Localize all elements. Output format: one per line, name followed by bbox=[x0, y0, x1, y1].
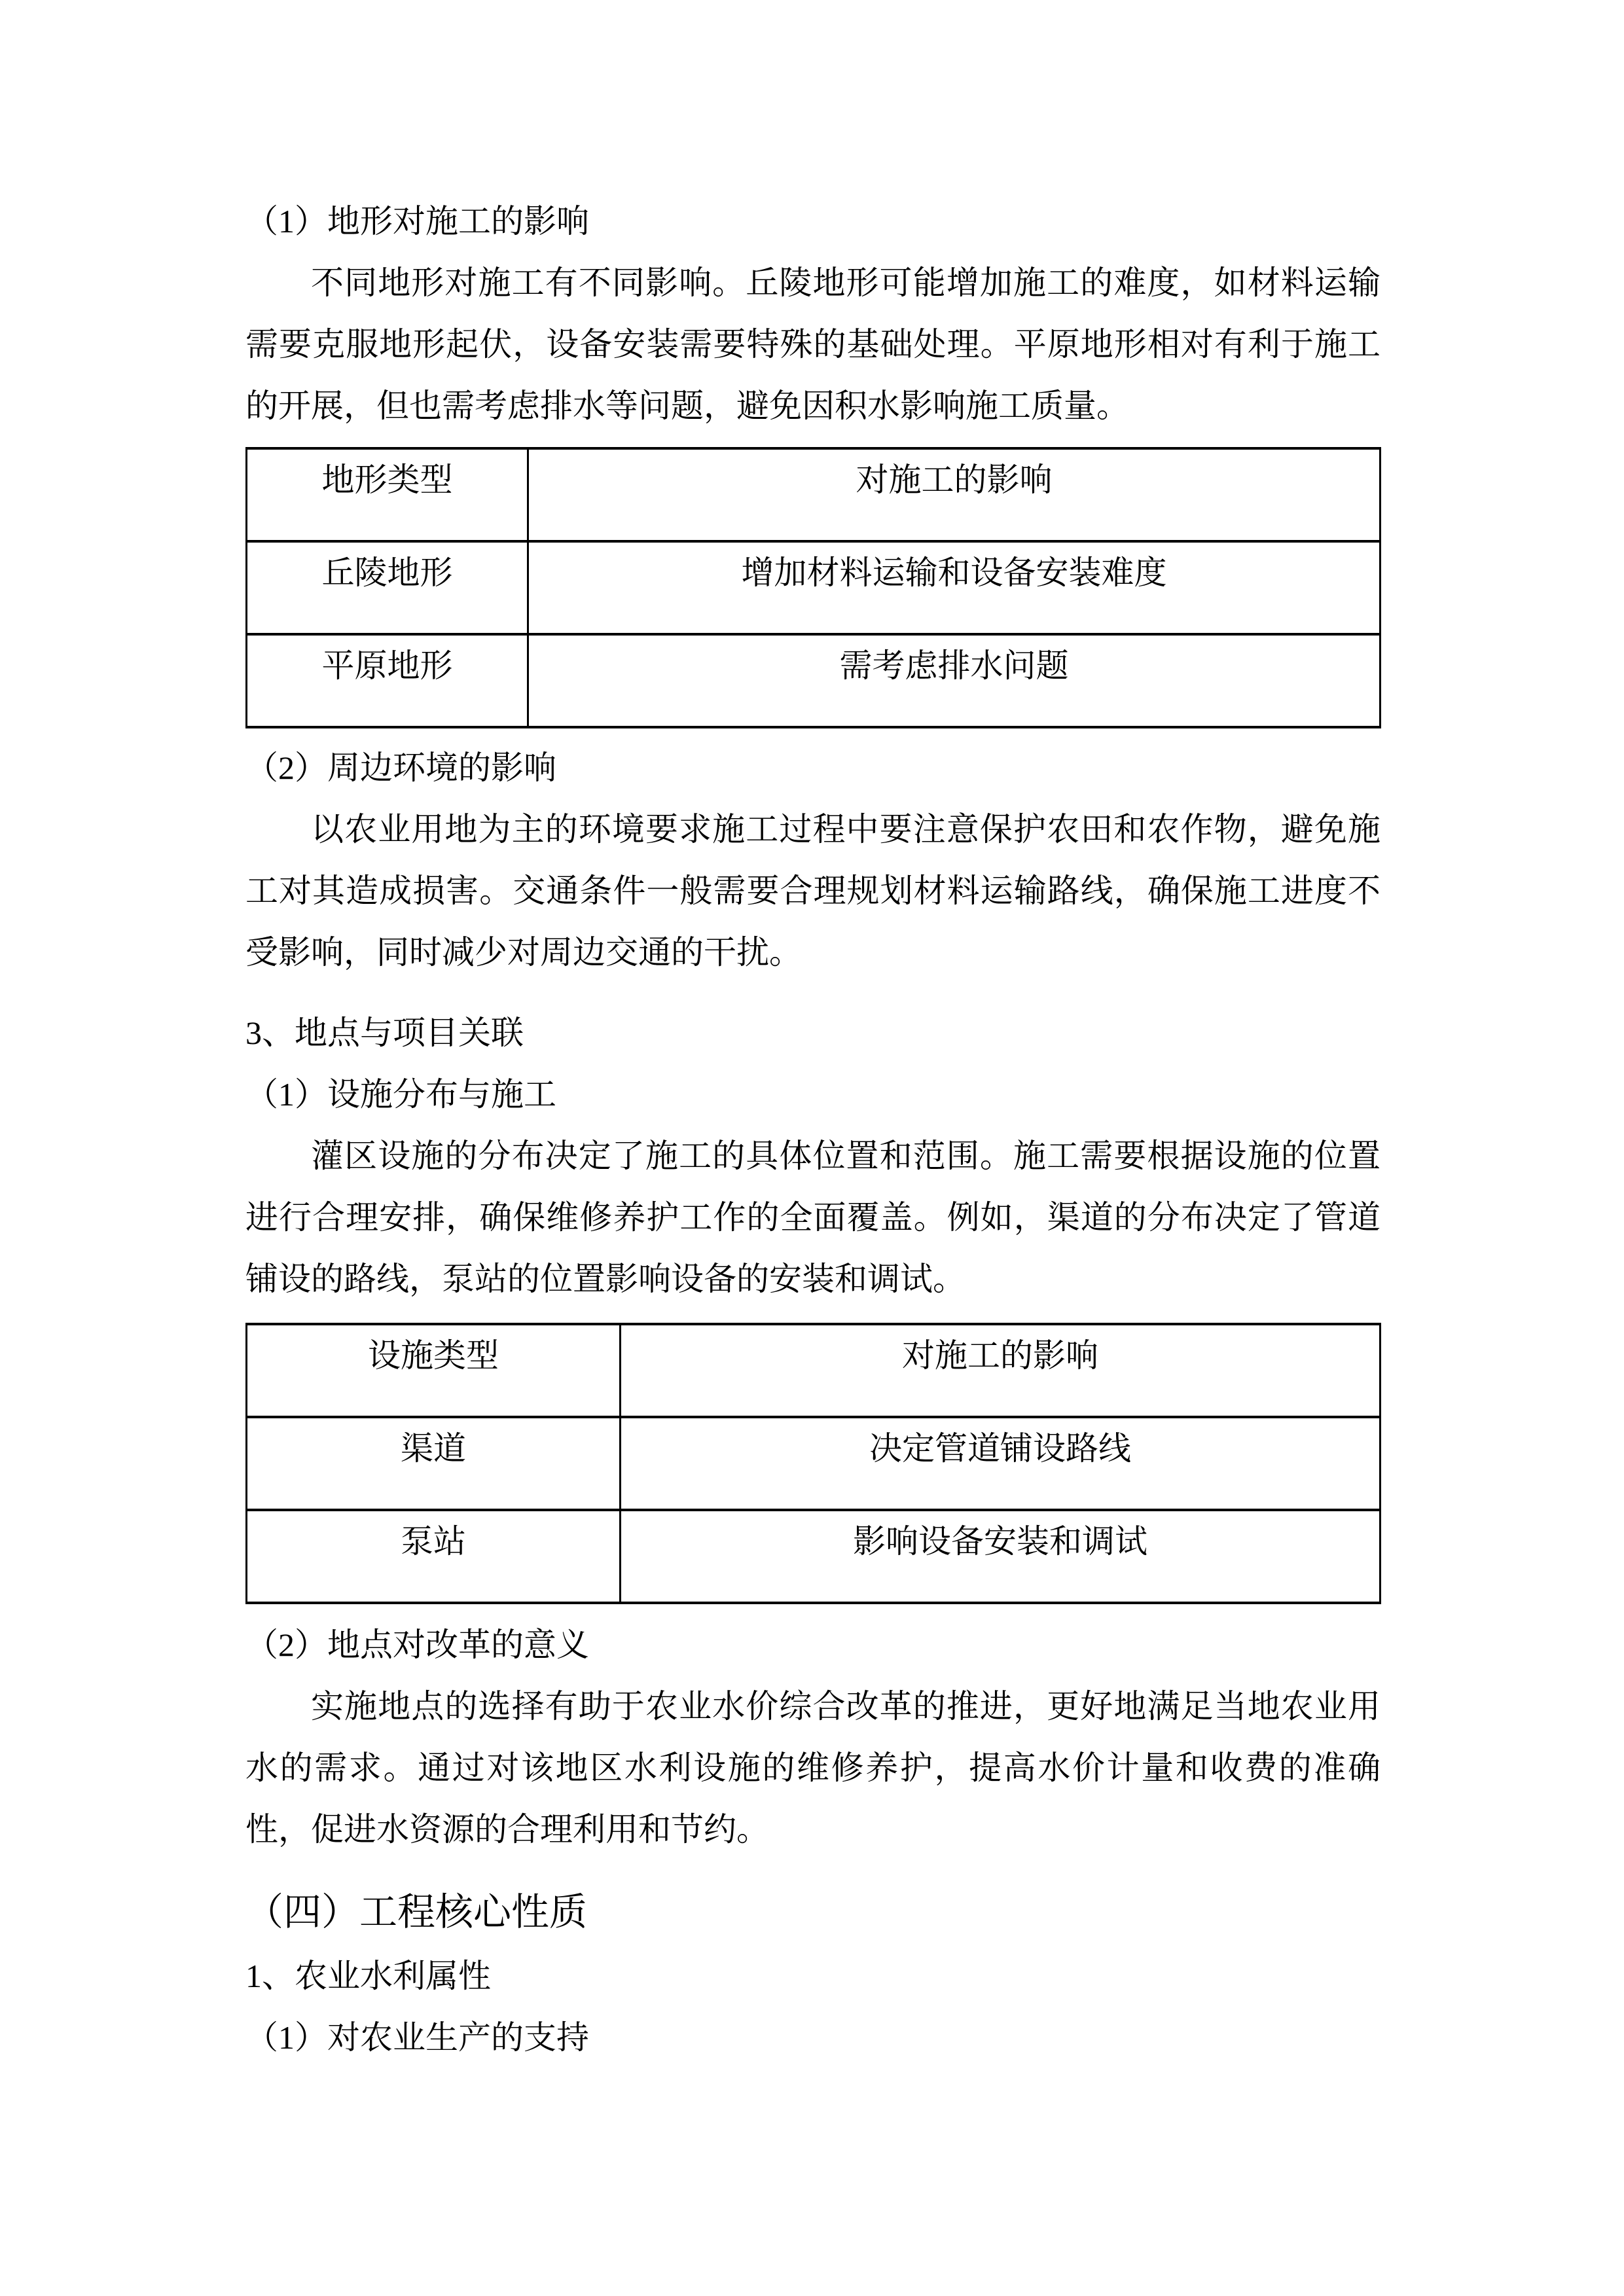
table-header-row: 设施类型 对施工的影响 bbox=[247, 1324, 1380, 1417]
table-header-row: 地形类型 对施工的影响 bbox=[247, 448, 1380, 541]
table-cell: 丘陵地形 bbox=[247, 541, 528, 634]
paragraph-environment: 以农业用地为主的环境要求施工过程中要注意保护农田和农作物，避免施工对其造成损害。… bbox=[245, 798, 1380, 983]
table-header-cell: 地形类型 bbox=[247, 448, 528, 541]
heading-environment-impact: （2）周边环境的影响 bbox=[245, 737, 1380, 798]
document-page: （1）地形对施工的影响 不同地形对施工有不同影响。丘陵地形可能增加施工的难度，如… bbox=[0, 0, 1624, 2296]
facility-table: 设施类型 对施工的影响 渠道 决定管道铺设路线 泵站 影响设备安装和调试 bbox=[245, 1323, 1381, 1604]
table-row: 泵站 影响设备安装和调试 bbox=[247, 1510, 1380, 1603]
paragraph-reform: 实施地点的选择有助于农业水价综合改革的推进，更好地满足当地农业用水的需求。通过对… bbox=[245, 1676, 1380, 1860]
heading-location-reform: （2）地点对改革的意义 bbox=[245, 1614, 1380, 1676]
table-cell: 平原地形 bbox=[247, 634, 528, 727]
table-row: 渠道 决定管道铺设路线 bbox=[247, 1417, 1380, 1510]
table-row: 平原地形 需考虑排水问题 bbox=[247, 634, 1380, 727]
table-header-cell: 对施工的影响 bbox=[528, 448, 1380, 541]
heading-terrain-impact: （1）地形对施工的影响 bbox=[245, 190, 1380, 252]
terrain-table: 地形类型 对施工的影响 丘陵地形 增加材料运输和设备安装难度 平原地形 需考虑排… bbox=[245, 447, 1381, 728]
table-row: 丘陵地形 增加材料运输和设备安装难度 bbox=[247, 541, 1380, 634]
table-cell: 需考虑排水问题 bbox=[528, 634, 1380, 727]
table-cell: 增加材料运输和设备安装难度 bbox=[528, 541, 1380, 634]
table-cell: 泵站 bbox=[247, 1510, 621, 1603]
document-content: （1）地形对施工的影响 不同地形对施工有不同影响。丘陵地形可能增加施工的难度，如… bbox=[245, 190, 1380, 2068]
table-cell: 影响设备安装和调试 bbox=[621, 1510, 1380, 1603]
heading-agri-water-attribute: 1、农业水利属性 bbox=[245, 1945, 1380, 2007]
heading-facility-distribution: （1）设施分布与施工 bbox=[245, 1064, 1380, 1125]
heading-core-nature: （四）工程核心性质 bbox=[245, 1880, 1380, 1945]
paragraph-facility: 灌区设施的分布决定了施工的具体位置和范围。施工需要根据设施的位置进行合理安排，确… bbox=[245, 1125, 1380, 1310]
heading-location-project: 3、地点与项目关联 bbox=[245, 1002, 1380, 1064]
table-header-cell: 对施工的影响 bbox=[621, 1324, 1380, 1417]
paragraph-terrain: 不同地形对施工有不同影响。丘陵地形可能增加施工的难度，如材料运输需要克服地形起伏… bbox=[245, 252, 1380, 437]
table-cell: 决定管道铺设路线 bbox=[621, 1417, 1380, 1510]
table-header-cell: 设施类型 bbox=[247, 1324, 621, 1417]
heading-agri-support: （1）对农业生产的支持 bbox=[245, 2007, 1380, 2068]
table-cell: 渠道 bbox=[247, 1417, 621, 1510]
